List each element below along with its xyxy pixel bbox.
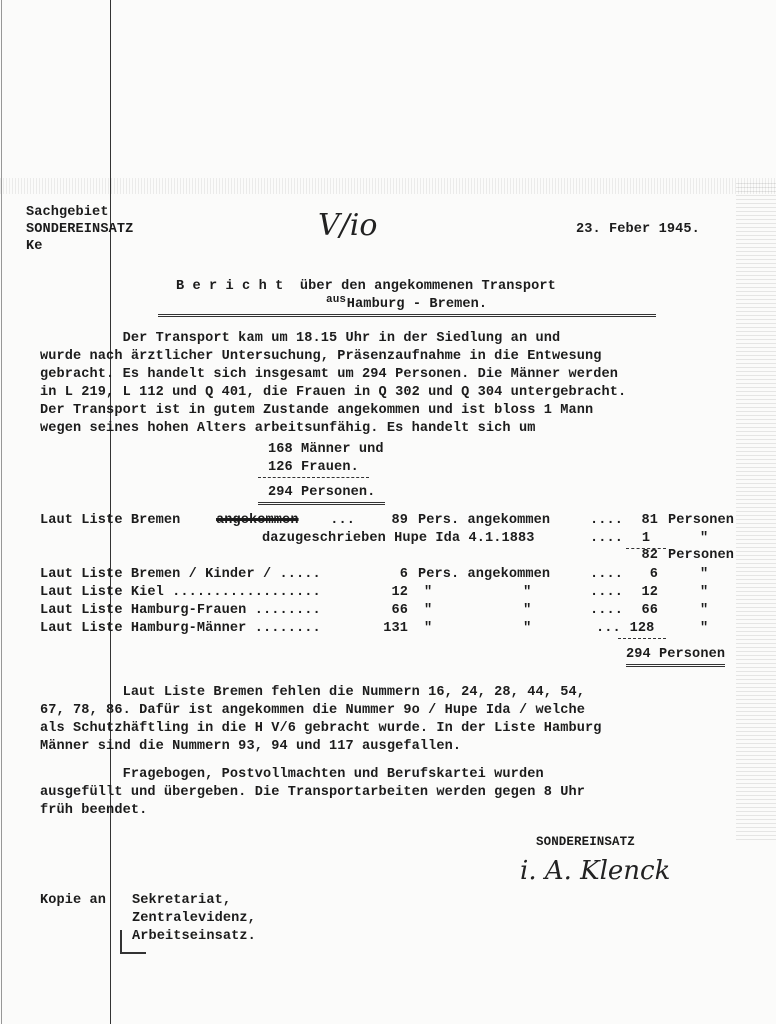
row-arrived-unit: " [700, 530, 708, 548]
row-arrived: 12 [630, 584, 658, 602]
handwritten-check-mark-base [120, 952, 146, 954]
row-listed: 131 [372, 620, 408, 638]
initials: Ke [26, 238, 43, 256]
paragraph-2-line: Männer sind die Nummern 93, 94 und 117 a… [40, 738, 461, 756]
row-unit: " " [424, 620, 531, 638]
handwritten-signature: i. A. Klenck [520, 856, 670, 886]
row-struck-text: angekommen [216, 512, 299, 530]
row-listed: 6 [380, 566, 408, 584]
row-unit: " " [424, 602, 531, 620]
row-dots: .... [590, 566, 623, 584]
paragraph-1-line: wurde nach ärztlicher Untersuchung, Präs… [40, 348, 602, 366]
paragraph-3-line: Fragebogen, Postvollmachten und Berufska… [40, 766, 544, 784]
row-arrived-unit: " [700, 566, 708, 584]
paragraph-2-line: 67, 78, 86. Dafür ist angekommen die Num… [40, 702, 585, 720]
row-arrived-unit: Personen [668, 512, 734, 530]
subtotal-value: 82 [630, 547, 658, 565]
paragraph-3-line: früh beendet. [40, 802, 147, 820]
report-subtitle: Hamburg - Bremen. [158, 296, 656, 317]
grand-total: 294 Personen [626, 646, 725, 667]
scan-noise-band [0, 178, 776, 194]
copies-prefix: Kopie an [40, 892, 106, 910]
copy-recipient: Arbeitseinsatz. [132, 928, 256, 946]
summary-men: 168 Männer und [268, 441, 384, 459]
row-arrived: 1 [626, 530, 666, 549]
row-label: Laut Liste Bremen [40, 512, 180, 530]
row-arrived: 66 [630, 602, 658, 620]
row-listed: 89 [380, 512, 408, 530]
route: Hamburg - Bremen. [327, 297, 487, 312]
paragraph-1-line: Der Transport kam um 18.15 Uhr in der Si… [40, 330, 560, 348]
paragraph-2-line: als Schutzhäftling in die H V/6 gebracht… [40, 720, 602, 738]
copy-recipient: Zentralevidenz, [132, 910, 256, 928]
row-arrived-unit: " [700, 584, 708, 602]
handwritten-reference: V/io [318, 208, 377, 243]
report-title: B e r i c h t über den angekommenen Tran… [176, 278, 556, 296]
row-dots: .... [590, 530, 623, 548]
summary-women: 126 Frauen. [258, 459, 369, 478]
row-dots: .... [590, 512, 623, 530]
paragraph-3-line: ausgefüllt und übergeben. Die Transporta… [40, 784, 585, 802]
row-label: Laut Liste Hamburg-Frauen ........ [40, 602, 321, 620]
paragraph-2-line: Laut Liste Bremen fehlen die Nummern 16,… [40, 684, 585, 702]
handwritten-check-mark [120, 930, 122, 954]
paragraph-1-line: Der Transport ist in gutem Zustande ange… [40, 402, 593, 420]
row-arrived-unit: " [700, 620, 708, 638]
row-arrived: 6 [630, 566, 658, 584]
row-unit: " " [424, 584, 531, 602]
row-arrived: 81 [630, 512, 658, 530]
paragraph-1-line: wegen seines hohen Alters arbeitsunfähig… [40, 420, 535, 438]
row-listed: 12 [380, 584, 408, 602]
row-arrived-unit: " [700, 602, 708, 620]
row-listed: 66 [380, 602, 408, 620]
signature-org: SONDEREINSATZ [536, 834, 635, 852]
subtotal-unit: Personen [668, 547, 734, 565]
document-date: 23. Feber 1945. [576, 221, 700, 239]
row-dots: .... [590, 584, 623, 602]
row-leader: ... [322, 512, 355, 530]
summary-total: 294 Personen. [258, 484, 385, 505]
scan-edge-line [1, 0, 2, 1024]
scan-noise-right [736, 180, 776, 840]
row-dots: .... [590, 602, 623, 620]
dept-label: Sachgebiet [26, 204, 109, 222]
row-unit: Pers. angekommen [418, 566, 550, 584]
row-label: Laut Liste Kiel .................. [40, 584, 321, 602]
row-unit: Pers. angekommen [418, 512, 550, 530]
copy-recipient: Sekretariat, [132, 892, 231, 910]
row-label: Laut Liste Hamburg-Männer ........ [40, 620, 321, 638]
row-label: dazugeschrieben Hupe Ida 4.1.1883 [262, 530, 535, 548]
paragraph-1-line: gebracht. Es handelt sich insgesamt um 2… [40, 366, 618, 384]
row-label: Laut Liste Bremen / Kinder / ..... [40, 566, 321, 584]
paragraph-1-line: in L 219, L 112 und Q 401, die Frauen in… [40, 384, 626, 402]
row-arrived: 128 [618, 620, 666, 639]
dept-name: SONDEREINSATZ [26, 221, 133, 239]
